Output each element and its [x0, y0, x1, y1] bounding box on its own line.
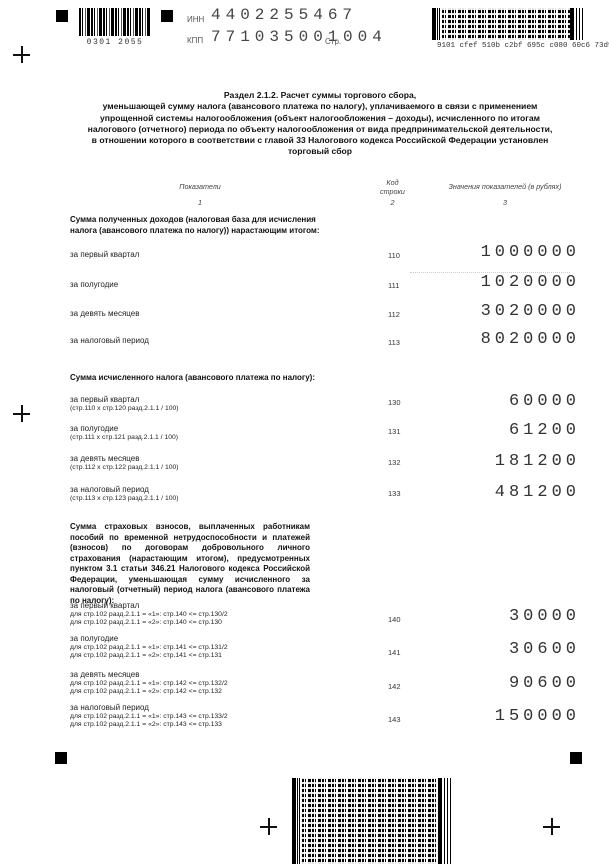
row-label: за налоговый периоддля стр.102 разд.2.1.…	[70, 703, 228, 729]
kpp-label: КПП	[187, 36, 203, 45]
row-label: за девять месяцев(стр.112 х стр.122 разд…	[70, 454, 179, 472]
column-header-indicators: Показатели	[150, 182, 250, 191]
row-code: 143	[388, 715, 401, 724]
row-code: 141	[388, 648, 401, 657]
row-value-field[interactable]: 90600	[509, 674, 580, 693]
row-label: за налоговый период(стр.113 х стр.123 ра…	[70, 485, 179, 503]
row-label: за полугодиедля стр.102 разд.2.1.1 = «1»…	[70, 634, 228, 660]
row-value-field[interactable]: 1000000	[481, 243, 580, 262]
column-number-2: 2	[370, 198, 415, 207]
row-code: 110	[388, 251, 400, 260]
row-label: за полугодие	[70, 280, 118, 290]
row-code: 112	[388, 310, 400, 319]
page-number: 004	[343, 28, 387, 46]
row-value-field[interactable]: 8020000	[481, 330, 580, 349]
row-code: 130	[388, 398, 401, 407]
barcode-number: 0301 2055	[79, 38, 151, 47]
row-value-field[interactable]: 181200	[495, 452, 580, 471]
row-label: за первый квартал	[70, 250, 139, 260]
section-title: Раздел 2.1.2. Расчет суммы торгового сбо…	[60, 90, 580, 158]
section-heading-income: Сумма полученных доходов (налоговая база…	[70, 215, 330, 236]
crosshair-icon	[260, 818, 277, 835]
crosshair-icon	[543, 818, 560, 835]
column-number-3: 3	[430, 198, 580, 207]
corner-marker	[56, 10, 68, 22]
row-label: за девять месяцев	[70, 309, 139, 319]
row-value-field[interactable]: 30600	[509, 640, 580, 659]
row-value-field[interactable]: 60000	[509, 392, 580, 411]
column-number-1: 1	[150, 198, 250, 207]
inn-value: 4402255467	[211, 6, 357, 24]
corner-marker	[55, 752, 67, 764]
row-value-field[interactable]: 3020000	[481, 302, 580, 321]
column-header-values: Значения показателей (в рублях)	[430, 182, 580, 191]
crosshair-icon	[13, 46, 30, 63]
row-value-field[interactable]: 1020000	[481, 273, 580, 292]
row-code: 142	[388, 682, 401, 691]
pdf417-barcode-footer	[292, 778, 452, 864]
section-heading-tax: Сумма исчисленного налога (авансового пл…	[70, 373, 370, 384]
corner-marker	[161, 10, 173, 22]
row-label: за полугодие(стр.111 х стр.121 разд.2.1.…	[70, 424, 178, 442]
page-label: Стр.	[325, 37, 341, 46]
pdf417-barcode	[432, 8, 584, 40]
row-value-field[interactable]: 30000	[509, 607, 580, 626]
row-code: 133	[388, 489, 401, 498]
row-code: 132	[388, 458, 401, 467]
corner-marker	[570, 752, 582, 764]
inn-label: ИНН	[187, 15, 204, 24]
row-value-field[interactable]: 61200	[509, 421, 580, 440]
column-header-code: Кодстроки	[370, 178, 415, 196]
row-code: 113	[388, 338, 400, 347]
row-label: за первый кварталдля стр.102 разд.2.1.1 …	[70, 601, 228, 627]
row-code: 131	[388, 427, 401, 436]
section-heading-insurance: Сумма страховых взносов, выплаченных раб…	[70, 522, 310, 606]
row-value-field[interactable]: 481200	[495, 483, 580, 502]
row-label: за девять месяцевдля стр.102 разд.2.1.1 …	[70, 670, 228, 696]
row-code: 111	[388, 281, 399, 290]
kpp-value: 771035001	[211, 28, 342, 46]
linear-barcode	[79, 8, 151, 36]
row-value-field[interactable]: 150000	[495, 707, 580, 726]
row-label: за первый квартал(стр.110 х стр.120 разд…	[70, 395, 179, 413]
pdf417-code: 9101 cfef 510b c2bf 695c c080 60c6 73d9	[437, 42, 609, 50]
row-label: за налоговый период	[70, 336, 149, 346]
crosshair-icon	[13, 405, 30, 422]
row-code: 140	[388, 615, 401, 624]
